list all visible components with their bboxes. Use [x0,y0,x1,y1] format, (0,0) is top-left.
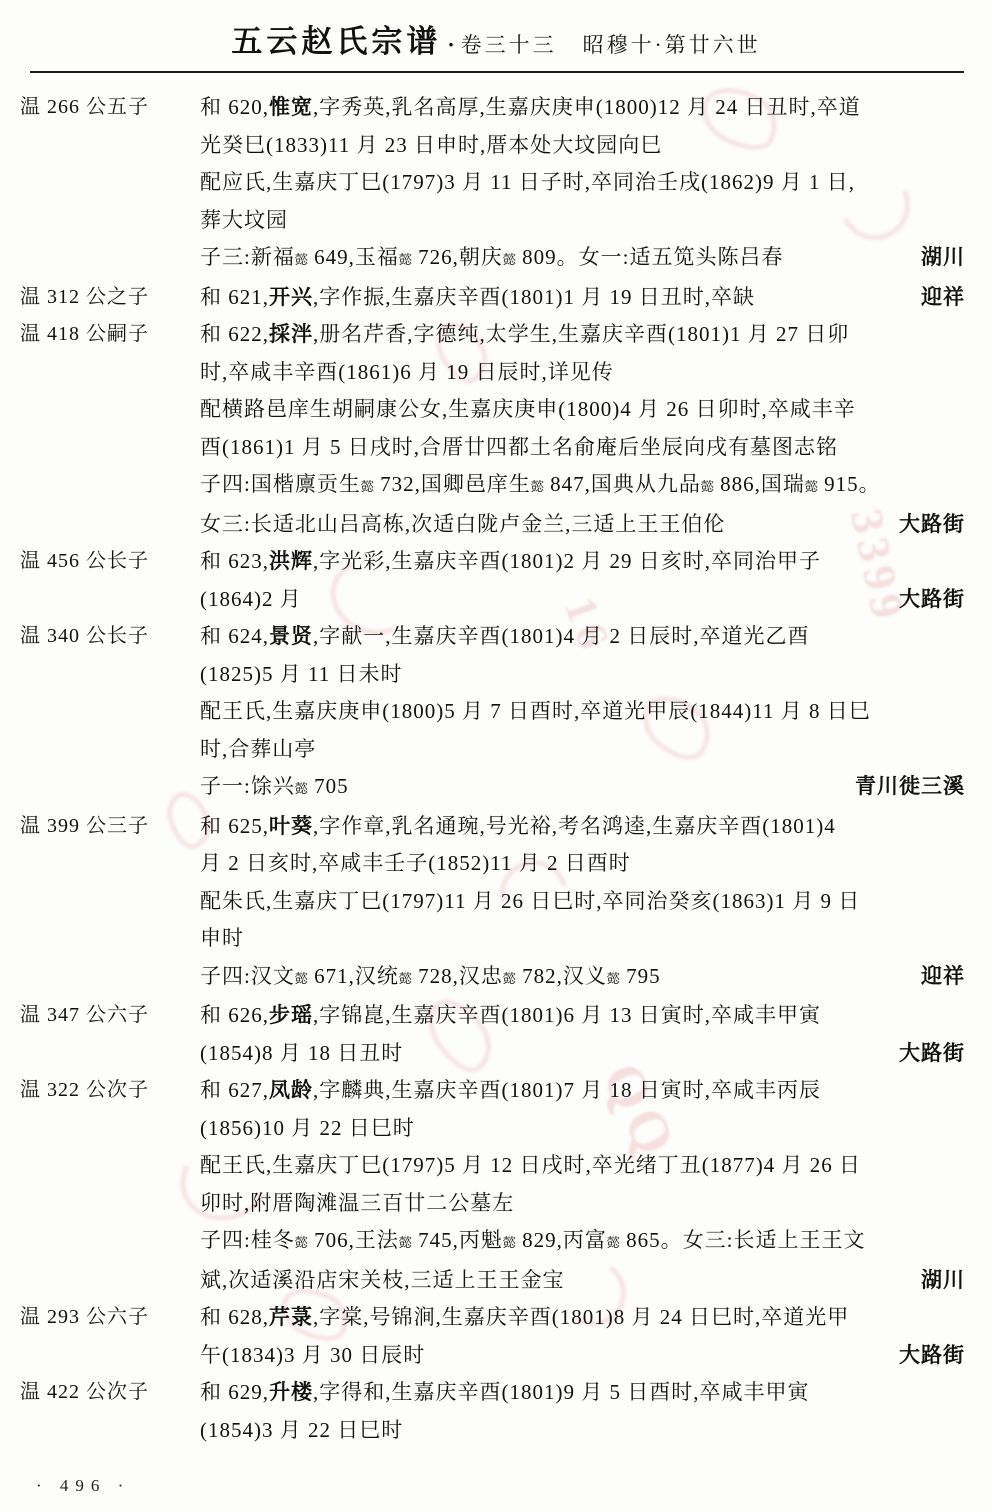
entry-body: 和 623,洪辉,字光彩,生嘉庆辛酉(1801)2 月 29 日亥时,卒同治甲子… [200,543,965,618]
text-segment: 光癸巳(1833)11 月 23 日申时,厝本处大坟园向巳 [200,133,662,157]
entry-line: 卯时,附厝陶滩温三百廿二公墓左 [200,1185,965,1223]
text-segment: 649,玉福 [308,245,399,269]
entry-relationship-label: 温 322 公次子 [20,1072,200,1110]
text-segment: 和 623, [200,549,269,573]
text-segment: 671,汉统 [308,964,399,988]
place-label: 湖川 [921,1262,965,1300]
entry-line: 时,合葬山亭 [200,731,965,769]
entry-line: 配王氏,生嘉庆庚申(1800)5 月 7 日酉时,卒道光甲辰(1844)11 月… [200,693,965,731]
generation-label: 昭穆十·第廿六世 [583,33,761,57]
entry-body: 和 622,採泮,册名芹香,字德纯,太学生,生嘉庆辛酉(1801)1 月 27 … [200,316,965,543]
text-segment: 809。女一:适五笕头陈吕春 [516,245,784,269]
entry-row: 温 418 公嗣子和 622,採泮,册名芹香,字德纯,太学生,生嘉庆辛酉(180… [20,316,965,543]
volume-label: 卷三十三 [461,33,557,57]
text-segment: 和 628, [200,1305,269,1329]
text-segment: (1854)3 月 22 日巳时 [200,1418,403,1442]
entry-relationship-label: 温 418 公嗣子 [20,316,200,354]
place-label: 湖川 [921,239,965,277]
entry-line: (1856)10 月 22 日巳时 [200,1110,965,1148]
text-segment: 懿 [361,479,374,494]
text-segment: 叶葵 [269,814,313,838]
text-segment: 时,合葬山亭 [200,737,316,761]
entry-row: 温 456 公长子和 623,洪辉,字光彩,生嘉庆辛酉(1801)2 月 29 … [20,543,965,618]
text-segment: 升楼 [269,1380,313,1404]
entry-row: 温 293 公六子和 628,芹菉,字棠,号锦涧,生嘉庆辛酉(1801)8 月 … [20,1299,965,1374]
text-segment: 和 620, [200,95,269,119]
entry-line: 女三:长适北山吕高栋,次适白陇卢金兰,三适上王王伯伦大路街 [200,506,965,544]
book-title: 五云赵氏宗谱 [231,24,441,59]
place-label: 大路街 [899,506,965,544]
text-segment: 斌,次适溪沿店宋关枝,三适上王王金宝 [200,1268,565,1292]
text-segment: 懿 [805,479,818,494]
place-label: 迎祥 [921,279,965,317]
text-segment: 懿 [295,781,308,796]
text-segment: ,字作章,乳名通琬,号光裕,考名鸿逵,生嘉庆辛酉(1801)4 [313,814,836,838]
entry-row: 温 266 公五子和 620,惟宽,字秀英,乳名高厚,生嘉庆庚申(1800)12… [20,89,965,279]
text-segment: 和 622, [200,322,269,346]
entry-line: 配王氏,生嘉庆丁巳(1797)5 月 12 日戌时,卒光绪丁丑(1877)4 月… [200,1147,965,1185]
text-segment: (1856)10 月 22 日巳时 [200,1116,415,1140]
place-label: 迎祥 [921,958,965,996]
entry-line: 和 626,步瑶,字锦崑,生嘉庆辛酉(1801)6 月 13 日寅时,卒咸丰甲寅 [200,997,965,1035]
entry-line: 斌,次适溪沿店宋关枝,三适上王王金宝湖川 [200,1262,965,1300]
place-label: 大路街 [899,1337,965,1375]
text-segment: 829,丙富 [516,1228,607,1252]
place-label: 大路街 [899,581,965,619]
entry-line: 配朱氏,生嘉庆丁巳(1797)11 月 26 日巳时,卒同治癸亥(1863)1 … [200,883,965,921]
entry-relationship-label: 温 456 公长子 [20,543,200,581]
entry-body: 和 628,芹菉,字棠,号锦涧,生嘉庆辛酉(1801)8 月 24 日巳时,卒道… [200,1299,965,1374]
entry-line: 和 629,升楼,字得和,生嘉庆辛酉(1801)9 月 5 日酉时,卒咸丰甲寅 [200,1374,965,1412]
text-segment: 懿 [503,971,516,986]
text-segment: 懿 [607,971,620,986]
text-segment: 懿 [607,1235,620,1250]
text-segment: 配朱氏,生嘉庆丁巳(1797)11 月 26 日巳时,卒同治癸亥(1863)1 … [200,889,860,913]
text-segment: 847,国典从九品 [544,472,701,496]
text-segment: 782,汉义 [516,964,607,988]
text-segment: 懿 [295,252,308,267]
entry-body: 和 627,凤龄,字麟典,生嘉庆辛酉(1801)7 月 18 日寅时,卒咸丰丙辰… [200,1072,965,1299]
entry-relationship-label: 温 347 公六子 [20,997,200,1035]
entry-line: 和 620,惟宽,字秀英,乳名高厚,生嘉庆庚申(1800)12 月 24 日丑时… [200,89,965,127]
text-segment: 女三:长适北山吕高栋,次适白陇卢金兰,三适上王王伯伦 [200,512,725,536]
text-segment: 和 625, [200,814,269,838]
text-segment: 子四:桂冬 [200,1228,295,1252]
title-separator-dot: · [441,32,460,57]
entry-line: 和 623,洪辉,字光彩,生嘉庆辛酉(1801)2 月 29 日亥时,卒同治甲子 [200,543,965,581]
entry-line: 子一:馀兴懿 705青川徙三溪 [200,768,965,808]
text-segment: (1854)8 月 18 日丑时 [200,1041,403,1065]
entry-row: 温 312 公之子和 621,开兴,字作振,生嘉庆辛酉(1801)1 月 19 … [20,279,965,317]
entry-line: 酉(1861)1 月 5 日戌时,合厝廿四都土名俞庵后坐辰向戌有墓图志铭 [200,429,965,467]
text-segment: 懿 [295,971,308,986]
text-segment: 706,王法 [308,1228,399,1252]
entry-line: 子四:桂冬懿 706,王法懿 745,丙魁懿 829,丙富懿 865。女三:长适… [200,1222,965,1262]
text-segment: ,字麟典,生嘉庆辛酉(1801)7 月 18 日寅时,卒咸丰丙辰 [313,1078,821,1102]
entry-body: 和 629,升楼,字得和,生嘉庆辛酉(1801)9 月 5 日酉时,卒咸丰甲寅(… [200,1374,965,1449]
text-segment: 和 626, [200,1003,269,1027]
entry-line: (1825)5 月 11 日未时 [200,656,965,694]
text-segment: 凤龄 [269,1078,313,1102]
text-segment: 葬大坟园 [200,208,288,232]
text-segment: 懿 [399,971,412,986]
text-segment: ,字作振,生嘉庆辛酉(1801)1 月 19 日丑时,卒缺 [313,285,755,309]
entry-line: 午(1834)3 月 30 日辰时大路街 [200,1337,965,1375]
entry-body: 和 621,开兴,字作振,生嘉庆辛酉(1801)1 月 19 日丑时,卒缺迎祥 [200,279,965,317]
entry-line: 时,卒咸丰辛酉(1861)6 月 19 日辰时,详见传 [200,354,965,392]
entry-row: 温 422 公次子和 629,升楼,字得和,生嘉庆辛酉(1801)9 月 5 日… [20,1374,965,1449]
text-segment: 惟宽 [269,95,313,119]
genealogy-page: 五云赵氏宗谱·卷三十三昭穆十·第廿六世 温 266 公五子和 620,惟宽,字秀… [0,0,992,1512]
text-segment: 懿 [503,252,516,267]
text-segment: 726,朝庆 [412,245,503,269]
place-label: 大路街 [899,1035,965,1073]
page-number: · 496 · [36,1476,130,1496]
entry-line: 子三:新福懿 649,玉福懿 726,朝庆懿 809。女一:适五笕头陈吕春湖川 [200,239,965,279]
entry-line: 和 625,叶葵,字作章,乳名通琬,号光裕,考名鸿逵,生嘉庆辛酉(1801)4 [200,808,965,846]
text-segment: 懿 [399,1235,412,1250]
entry-line: (1854)3 月 22 日巳时 [200,1412,965,1450]
text-segment: 子一:馀兴 [200,774,295,798]
entry-relationship-label: 温 312 公之子 [20,279,200,317]
text-segment: 懿 [295,1235,308,1250]
text-segment: 795 [620,964,661,988]
entry-relationship-label: 温 399 公三子 [20,808,200,846]
text-segment: ,字秀英,乳名高厚,生嘉庆庚申(1800)12 月 24 日丑时,卒道 [313,95,861,119]
text-segment: 配横路邑庠生胡嗣康公女,生嘉庆庚申(1800)4 月 26 日卯时,卒咸丰辛 [200,397,856,421]
entry-row: 温 399 公三子和 625,叶葵,字作章,乳名通琬,号光裕,考名鸿逵,生嘉庆辛… [20,808,965,998]
text-segment: 懿 [531,479,544,494]
text-segment: ,字献一,生嘉庆辛酉(1801)4 月 2 日辰时,卒道光乙酉 [313,624,810,648]
text-segment: (1864)2 月 [200,587,302,611]
text-segment: 洪辉 [269,549,313,573]
entry-body: 和 620,惟宽,字秀英,乳名高厚,生嘉庆庚申(1800)12 月 24 日丑时… [200,89,965,279]
entry-body: 和 624,景贤,字献一,生嘉庆辛酉(1801)4 月 2 日辰时,卒道光乙酉(… [200,618,965,808]
text-segment: 酉(1861)1 月 5 日戌时,合厝廿四都土名俞庵后坐辰向戌有墓图志铭 [200,435,838,459]
entry-line: 和 628,芹菉,字棠,号锦涧,生嘉庆辛酉(1801)8 月 24 日巳时,卒道… [200,1299,965,1337]
text-segment: 和 624, [200,624,269,648]
entry-body: 和 626,步瑶,字锦崑,生嘉庆辛酉(1801)6 月 13 日寅时,卒咸丰甲寅… [200,997,965,1072]
entry-relationship-label: 温 293 公六子 [20,1299,200,1337]
text-segment: 卯时,附厝陶滩温三百廿二公墓左 [200,1191,514,1215]
entry-relationship-label: 温 340 公长子 [20,618,200,656]
text-segment: 886,国瑞 [714,472,805,496]
text-segment: 915。 [818,472,881,496]
text-segment: 月 2 日亥时,卒咸丰壬子(1852)11 月 2 日酉时 [200,851,631,875]
text-segment: 子四:国楷廪贡生 [200,472,361,496]
entry-line: 申时 [200,920,965,958]
entry-line: (1864)2 月大路街 [200,581,965,619]
place-label: 青川徙三溪 [855,768,965,806]
text-segment: 时,卒咸丰辛酉(1861)6 月 19 日辰时,详见传 [200,360,614,384]
entry-line: 子四:汉文懿 671,汉统懿 728,汉忠懿 782,汉义懿 795迎祥 [200,958,965,998]
text-segment: (1825)5 月 11 日未时 [200,662,402,686]
text-segment: 开兴 [269,285,313,309]
text-segment: 芹菉 [269,1305,313,1329]
text-segment: 732,国卿邑庠生 [374,472,531,496]
entry-line: 葬大坟园 [200,202,965,240]
text-segment: 865。女三:长适上王王文 [620,1228,866,1252]
page-header: 五云赵氏宗谱·卷三十三昭穆十·第廿六世 [0,0,992,61]
text-segment: 懿 [701,479,714,494]
entries: 温 266 公五子和 620,惟宽,字秀英,乳名高厚,生嘉庆庚申(1800)12… [0,73,992,1449]
entry-line: 和 622,採泮,册名芹香,字德纯,太学生,生嘉庆辛酉(1801)1 月 27 … [200,316,965,354]
text-segment: ,字得和,生嘉庆辛酉(1801)9 月 5 日酉时,卒咸丰甲寅 [313,1380,810,1404]
entry-relationship-label: 温 422 公次子 [20,1374,200,1412]
entry-line: 和 624,景贤,字献一,生嘉庆辛酉(1801)4 月 2 日辰时,卒道光乙酉 [200,618,965,656]
entry-row: 温 322 公次子和 627,凤龄,字麟典,生嘉庆辛酉(1801)7 月 18 … [20,1072,965,1299]
text-segment: 728,汉忠 [412,964,503,988]
entry-relationship-label: 温 266 公五子 [20,89,200,127]
text-segment: ,字锦崑,生嘉庆辛酉(1801)6 月 13 日寅时,卒咸丰甲寅 [313,1003,821,1027]
text-segment: 申时 [200,926,244,950]
entry-line: 和 627,凤龄,字麟典,生嘉庆辛酉(1801)7 月 18 日寅时,卒咸丰丙辰 [200,1072,965,1110]
text-segment: 子四:汉文 [200,964,295,988]
text-segment: 配王氏,生嘉庆丁巳(1797)5 月 12 日戌时,卒光绪丁丑(1877)4 月… [200,1153,861,1177]
entry-line: (1854)8 月 18 日丑时大路街 [200,1035,965,1073]
text-segment: 745,丙魁 [412,1228,503,1252]
entry-body: 和 625,叶葵,字作章,乳名通琬,号光裕,考名鸿逵,生嘉庆辛酉(1801)4月… [200,808,965,998]
text-segment: 和 621, [200,285,269,309]
text-segment: 配应氏,生嘉庆丁巳(1797)3 月 11 日子时,卒同治壬戌(1862)9 月… [200,170,855,194]
text-segment: 採泮 [269,322,313,346]
text-segment: 配王氏,生嘉庆庚申(1800)5 月 7 日酉时,卒道光甲辰(1844)11 月… [200,699,871,723]
text-segment: 和 627, [200,1078,269,1102]
text-segment: ,字光彩,生嘉庆辛酉(1801)2 月 29 日亥时,卒同治甲子 [313,549,821,573]
text-segment: 和 629, [200,1380,269,1404]
text-segment: 步瑶 [269,1003,313,1027]
entry-line: 配横路邑庠生胡嗣康公女,生嘉庆庚申(1800)4 月 26 日卯时,卒咸丰辛 [200,391,965,429]
entry-line: 配应氏,生嘉庆丁巳(1797)3 月 11 日子时,卒同治壬戌(1862)9 月… [200,164,965,202]
entry-line: 子四:国楷廪贡生懿 732,国卿邑庠生懿 847,国典从九品懿 886,国瑞懿 … [200,466,965,506]
entry-row: 温 347 公六子和 626,步瑶,字锦崑,生嘉庆辛酉(1801)6 月 13 … [20,997,965,1072]
text-segment: 懿 [503,1235,516,1250]
text-segment: 午(1834)3 月 30 日辰时 [200,1343,425,1367]
entry-line: 月 2 日亥时,卒咸丰壬子(1852)11 月 2 日酉时 [200,845,965,883]
text-segment: 705 [308,774,349,798]
text-segment: ,册名芹香,字德纯,太学生,生嘉庆辛酉(1801)1 月 27 日卯 [313,322,849,346]
entry-line: 和 621,开兴,字作振,生嘉庆辛酉(1801)1 月 19 日丑时,卒缺迎祥 [200,279,965,317]
entry-row: 温 340 公长子和 624,景贤,字献一,生嘉庆辛酉(1801)4 月 2 日… [20,618,965,808]
text-segment: ,字棠,号锦涧,生嘉庆辛酉(1801)8 月 24 日巳时,卒道光甲 [313,1305,849,1329]
text-segment: 子三:新福 [200,245,295,269]
text-segment: 景贤 [269,624,313,648]
text-segment: 懿 [399,252,412,267]
entry-line: 光癸巳(1833)11 月 23 日申时,厝本处大坟园向巳 [200,127,965,165]
